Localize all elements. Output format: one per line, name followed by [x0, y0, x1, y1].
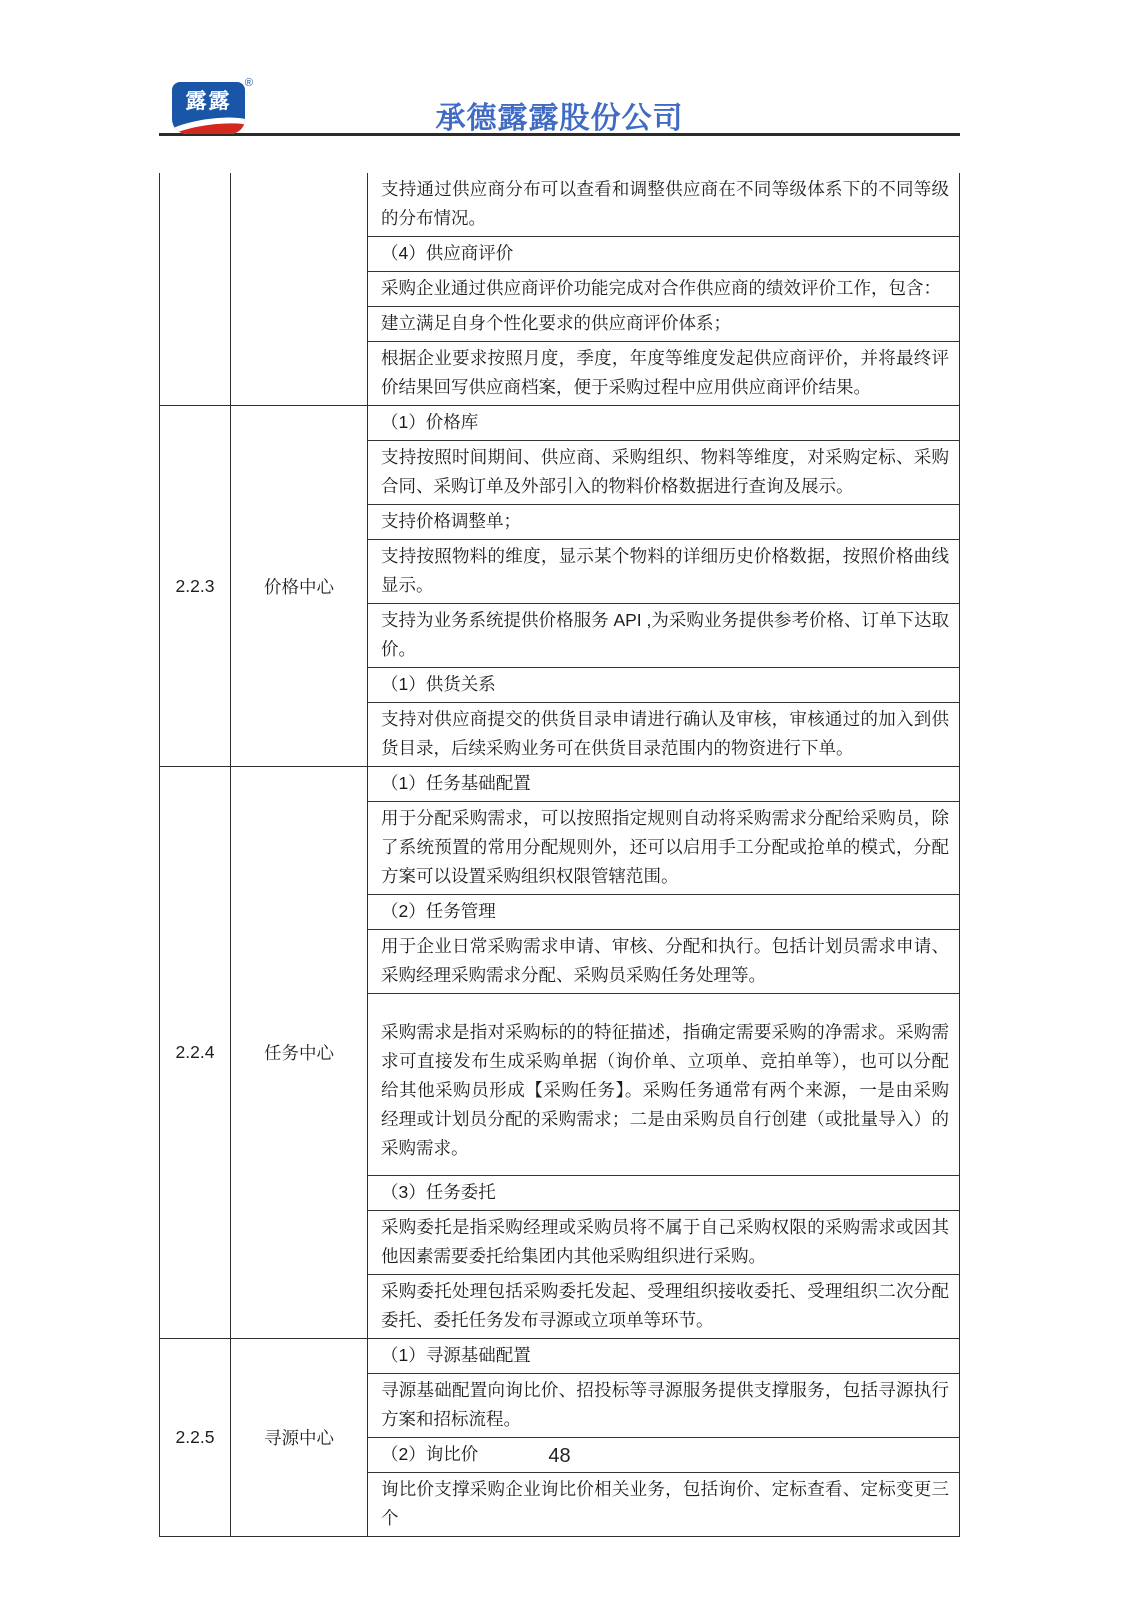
- spec-row: 寻源基础配置向询比价、招投标等寻源服务提供支撑服务，包括寻源执行方案和招标流程。: [368, 1374, 959, 1438]
- spec-row: （1）寻源基础配置: [368, 1339, 959, 1374]
- section-number-cell: 2.2.5: [160, 1339, 231, 1536]
- section-content-cell: （1）寻源基础配置寻源基础配置向询比价、招投标等寻源服务提供支撑服务，包括寻源执…: [368, 1339, 959, 1536]
- spec-row: （1）任务基础配置: [368, 767, 959, 802]
- page-number: 48: [159, 1445, 960, 1468]
- spec-row: 采购企业通过供应商评价功能完成对合作供应商的绩效评价工作，包含：: [368, 272, 959, 307]
- spec-row: 采购委托处理包括采购委托发起、受理组织接收委托、受理组织二次分配委托、委托任务发…: [368, 1275, 959, 1338]
- section-number-cell: 2.2.3: [160, 406, 231, 766]
- spec-row: 询比价支撑采购企业询比价相关业务，包括询价、定标查看、定标变更三个: [368, 1473, 959, 1536]
- section-content-cell: （1）任务基础配置用于分配采购需求，可以按照指定规则自动将采购需求分配给采购员，…: [368, 767, 959, 1338]
- spec-row: 支持对供应商提交的供货目录申请进行确认及审核，审核通过的加入到供货目录，后续采购…: [368, 703, 959, 766]
- spec-row: 建立满足自身个性化要求的供应商评价体系；: [368, 307, 959, 342]
- spec-row: 支持通过供应商分布可以查看和调整供应商在不同等级体系下的不同等级的分布情况。: [368, 173, 959, 237]
- spec-row: （4）供应商评价: [368, 237, 959, 272]
- spec-row: 采购需求是指对采购标的的特征描述，指确定需要采购的净需求。采购需求可直接发布生成…: [368, 994, 959, 1176]
- spec-row: 用于企业日常采购需求申请、审核、分配和执行。包括计划员需求申请、采购经理采购需求…: [368, 930, 959, 994]
- spec-row: （1）价格库: [368, 406, 959, 441]
- section-number-cell: [160, 173, 231, 405]
- spec-row: 采购委托是指采购经理或采购员将不属于自己采购权限的采购需求或因其他因素需要委托给…: [368, 1211, 959, 1275]
- table-section-2.2.4: 2.2.4任务中心（1）任务基础配置用于分配采购需求，可以按照指定规则自动将采购…: [160, 767, 959, 1339]
- section-name-cell: 寻源中心: [231, 1339, 368, 1536]
- spec-row: （3）任务委托: [368, 1176, 959, 1211]
- registered-trademark-icon: ®: [245, 77, 253, 89]
- spec-row: （2）任务管理: [368, 895, 959, 930]
- company-title: 承德露露股份公司: [159, 93, 960, 137]
- spec-row: 用于分配采购需求，可以按照指定规则自动将采购需求分配给采购员，除了系统预置的常用…: [368, 802, 959, 895]
- section-content-cell: 支持通过供应商分布可以查看和调整供应商在不同等级体系下的不同等级的分布情况。（4…: [368, 173, 959, 405]
- table-section-2.2.5: 2.2.5寻源中心（1）寻源基础配置寻源基础配置向询比价、招投标等寻源服务提供支…: [160, 1339, 959, 1536]
- table-section-2.2.3: 2.2.3价格中心（1）价格库支持按照时间期间、供应商、采购组织、物料等维度，对…: [160, 406, 959, 767]
- spec-row: （1）供货关系: [368, 668, 959, 703]
- header-divider: [159, 133, 960, 136]
- logo-brand-text: 露露: [172, 85, 245, 115]
- spec-row: 支持按照物料的维度，显示某个物料的详细历史价格数据，按照价格曲线显示。: [368, 540, 959, 604]
- spec-table: 支持通过供应商分布可以查看和调整供应商在不同等级体系下的不同等级的分布情况。（4…: [159, 173, 960, 1537]
- document-page: 露露 ® 承德露露股份公司 支持通过供应商分布可以查看和调整供应商在不同等级体系…: [0, 0, 1131, 1600]
- spec-row: 支持价格调整单；: [368, 505, 959, 540]
- spec-row: 支持按照时间期间、供应商、采购组织、物料等维度，对采购定标、采购合同、采购订单及…: [368, 441, 959, 505]
- section-number-cell: 2.2.4: [160, 767, 231, 1338]
- table-section-continued: 支持通过供应商分布可以查看和调整供应商在不同等级体系下的不同等级的分布情况。（4…: [160, 173, 959, 406]
- spec-row: 支持为业务系统提供价格服务 API ,为采购业务提供参考价格、订单下达取价。: [368, 604, 959, 668]
- section-name-cell: 价格中心: [231, 406, 368, 766]
- section-content-cell: （1）价格库支持按照时间期间、供应商、采购组织、物料等维度，对采购定标、采购合同…: [368, 406, 959, 766]
- section-name-cell: [231, 173, 368, 405]
- spec-row: 根据企业要求按照月度，季度，年度等维度发起供应商评价，并将最终评价结果回写供应商…: [368, 342, 959, 405]
- section-name-cell: 任务中心: [231, 767, 368, 1338]
- logo-badge: 露露: [172, 82, 245, 134]
- company-logo: 露露 ®: [172, 82, 246, 134]
